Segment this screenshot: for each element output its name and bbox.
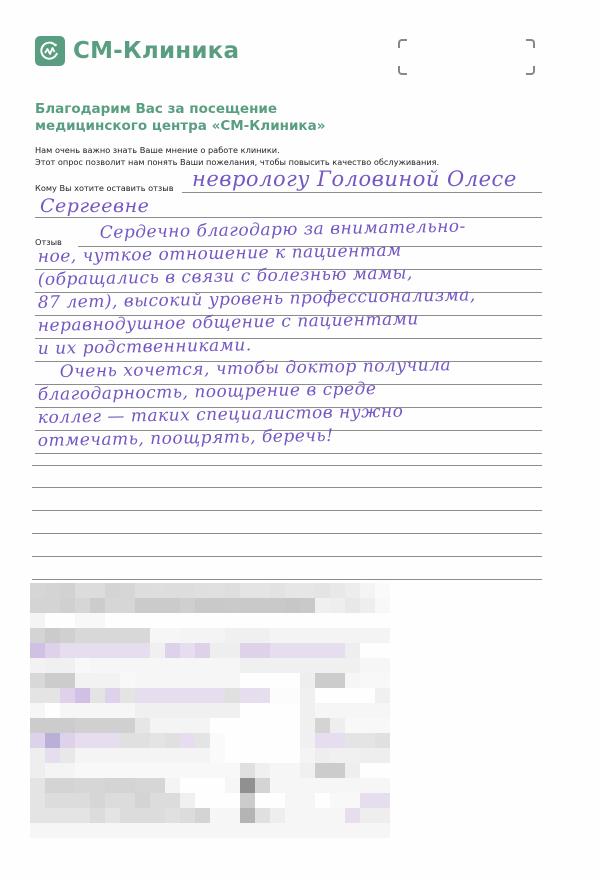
redaction-pixel (375, 583, 390, 598)
redaction-pixel (285, 658, 300, 673)
redaction-pixel (345, 718, 360, 733)
recipient-handwriting[interactable]: неврологу Головиной Олесе (192, 167, 517, 191)
redaction-pixel (195, 823, 210, 838)
redaction-pixel (90, 613, 105, 628)
redaction-pixel (60, 598, 75, 613)
redaction-pixel (225, 673, 240, 688)
redaction-pixel (60, 823, 75, 838)
redaction-pixel (375, 733, 390, 748)
redaction-pixel (45, 748, 60, 763)
redaction-pixel (45, 823, 60, 838)
redaction-pixel (150, 658, 165, 673)
redaction-pixel (180, 823, 195, 838)
redaction-pixel (30, 658, 45, 673)
redaction-pixel (195, 658, 210, 673)
redaction-pixel (285, 583, 300, 598)
redaction-pixel (60, 613, 75, 628)
redaction-pixel (255, 628, 270, 643)
redaction-pixel (345, 583, 360, 598)
redaction-pixel (300, 733, 315, 748)
redaction-pixel (150, 808, 165, 823)
redaction-pixel (300, 643, 315, 658)
redaction-pixel (375, 748, 390, 763)
redaction-pixel (360, 718, 375, 733)
redaction-pixel (270, 748, 285, 763)
redaction-pixel (30, 793, 45, 808)
redaction-pixel (180, 628, 195, 643)
redaction-pixel (375, 613, 390, 628)
empty-rule (32, 556, 542, 557)
empty-rule (32, 510, 542, 511)
redaction-pixel (135, 823, 150, 838)
redaction-pixel (30, 823, 45, 838)
redaction-pixel (285, 793, 300, 808)
redaction-pixel (195, 598, 210, 613)
redaction-pixel (105, 748, 120, 763)
redaction-pixel (30, 613, 45, 628)
redaction-pixel (120, 808, 135, 823)
redaction-pixel (300, 748, 315, 763)
redacted-personal-data (30, 583, 530, 823)
redaction-pixel (285, 613, 300, 628)
redaction-pixel (195, 733, 210, 748)
redaction-pixel (135, 658, 150, 673)
redaction-pixel (330, 718, 345, 733)
redaction-pixel (30, 643, 45, 658)
redaction-pixel (135, 613, 150, 628)
redaction-pixel (60, 628, 75, 643)
redaction-pixel (30, 733, 45, 748)
redaction-pixel (330, 778, 345, 793)
redaction-pixel (210, 718, 225, 733)
redaction-pixel (150, 673, 165, 688)
redaction-pixel (375, 628, 390, 643)
redaction-pixel (150, 718, 165, 733)
redaction-pixel (360, 613, 375, 628)
redaction-pixel (345, 643, 360, 658)
redaction-pixel (270, 778, 285, 793)
redaction-pixel (180, 763, 195, 778)
redaction-pixel (240, 718, 255, 733)
redaction-pixel (105, 583, 120, 598)
redaction-pixel (330, 763, 345, 778)
redaction-pixel (375, 718, 390, 733)
redaction-pixel (315, 613, 330, 628)
redaction-pixel (135, 763, 150, 778)
redaction-pixel (300, 673, 315, 688)
redaction-pixel (315, 748, 330, 763)
redaction-pixel (75, 748, 90, 763)
redaction-pixel (105, 733, 120, 748)
redaction-pixel (30, 673, 45, 688)
redaction-pixel (105, 778, 120, 793)
redaction-pixel (105, 658, 120, 673)
redaction-pixel (105, 793, 120, 808)
redaction-pixel (240, 583, 255, 598)
redaction-pixel (375, 793, 390, 808)
scan-frame-corner (526, 66, 535, 75)
review-handwriting-line: (обращались в связи с болезнью мамы, (38, 263, 413, 290)
redaction-pixel (75, 628, 90, 643)
empty-rule (32, 533, 542, 534)
redaction-pixel (240, 673, 255, 688)
redaction-pixel (105, 688, 120, 703)
redaction-pixel (45, 733, 60, 748)
redaction-pixel (315, 583, 330, 598)
redaction-pixel (60, 748, 75, 763)
redaction-pixel (60, 658, 75, 673)
redaction-pixel (330, 703, 345, 718)
redaction-pixel (180, 598, 195, 613)
redaction-pixel (360, 808, 375, 823)
redaction-pixel (300, 688, 315, 703)
redaction-pixel (195, 688, 210, 703)
redaction-pixel (210, 628, 225, 643)
redaction-pixel (255, 703, 270, 718)
redaction-pixel (240, 658, 255, 673)
redaction-pixel (45, 658, 60, 673)
redaction-pixel (195, 703, 210, 718)
redaction-pixel (240, 643, 255, 658)
redaction-pixel (315, 628, 330, 643)
redaction-pixel (345, 763, 360, 778)
redaction-pixel (255, 718, 270, 733)
redaction-pixel (255, 763, 270, 778)
redaction-pixel (375, 763, 390, 778)
redaction-pixel (315, 778, 330, 793)
redaction-pixel (30, 688, 45, 703)
redaction-pixel (105, 628, 120, 643)
review-handwriting-line: благодарность, поощрение в среде (38, 379, 377, 405)
field-rule (35, 217, 542, 218)
wave-in-circle-icon (35, 36, 65, 66)
redaction-pixel (330, 673, 345, 688)
redaction-pixel (285, 778, 300, 793)
redaction-pixel (210, 613, 225, 628)
redaction-pixel (375, 823, 390, 838)
redaction-pixel (345, 613, 360, 628)
redaction-pixel (60, 703, 75, 718)
field-rule (35, 453, 542, 454)
redaction-pixel (90, 778, 105, 793)
redaction-pixel (120, 583, 135, 598)
redaction-pixel (255, 778, 270, 793)
redaction-pixel (225, 763, 240, 778)
redaction-pixel (165, 673, 180, 688)
redaction-pixel (75, 703, 90, 718)
recipient-handwriting[interactable]: Сергеевне (40, 195, 149, 217)
redaction-pixel (300, 793, 315, 808)
redaction-pixel (240, 778, 255, 793)
redaction-pixel (285, 703, 300, 718)
redaction-pixel (300, 628, 315, 643)
redaction-pixel (210, 583, 225, 598)
redaction-pixel (45, 763, 60, 778)
redaction-pixel (330, 793, 345, 808)
redaction-pixel (45, 598, 60, 613)
redaction-pixel (315, 718, 330, 733)
redaction-pixel (210, 808, 225, 823)
redaction-pixel (225, 688, 240, 703)
redaction-pixel (240, 613, 255, 628)
redaction-pixel (180, 748, 195, 763)
redaction-pixel (375, 688, 390, 703)
redaction-pixel (255, 793, 270, 808)
redaction-pixel (225, 808, 240, 823)
review-handwriting-line: коллег — таких специалистов нужно (38, 402, 404, 428)
review-handwriting-line: ное, чуткое отношение к пациентам (38, 241, 402, 267)
clinic-logo: СМ-Клиника (35, 36, 239, 66)
redaction-pixel (150, 688, 165, 703)
field-rule (182, 192, 542, 193)
redaction-pixel (165, 613, 180, 628)
redaction-pixel (135, 778, 150, 793)
redaction-pixel (120, 763, 135, 778)
redaction-pixel (180, 583, 195, 598)
redaction-pixel (75, 778, 90, 793)
redaction-pixel (240, 763, 255, 778)
redaction-pixel (360, 643, 375, 658)
redaction-pixel (165, 643, 180, 658)
recipient-label: Кому Вы хотите оставить отзыв (35, 183, 174, 193)
redaction-pixel (300, 658, 315, 673)
redaction-pixel (210, 778, 225, 793)
redaction-pixel (330, 748, 345, 763)
review-handwriting-line: неравнодушное общение с пациентами (38, 309, 419, 336)
redaction-pixel (270, 628, 285, 643)
redaction-pixel (120, 673, 135, 688)
redaction-pixel (270, 613, 285, 628)
redaction-pixel (180, 733, 195, 748)
redaction-pixel (285, 718, 300, 733)
redaction-pixel (165, 703, 180, 718)
redaction-pixel (375, 643, 390, 658)
redaction-pixel (315, 703, 330, 718)
redaction-pixel (135, 583, 150, 598)
redaction-pixel (300, 823, 315, 838)
review-handwriting-line: Сердечно благодарю за внимательно- (100, 217, 466, 243)
redaction-pixel (150, 613, 165, 628)
redaction-pixel (210, 733, 225, 748)
redaction-pixel (345, 823, 360, 838)
redaction-pixel (315, 643, 330, 658)
redaction-pixel (240, 823, 255, 838)
redaction-pixel (300, 613, 315, 628)
redaction-pixel (375, 598, 390, 613)
redaction-pixel (165, 628, 180, 643)
redaction-pixel (315, 733, 330, 748)
redaction-pixel (75, 643, 90, 658)
heading-line: Благодарим Вас за посещение (35, 101, 325, 118)
redaction-pixel (270, 583, 285, 598)
redaction-pixel (150, 733, 165, 748)
redaction-pixel (105, 718, 120, 733)
redaction-pixel (345, 793, 360, 808)
redaction-pixel (195, 673, 210, 688)
redaction-pixel (120, 628, 135, 643)
redaction-pixel (270, 718, 285, 733)
redaction-pixel (120, 688, 135, 703)
redaction-pixel (195, 748, 210, 763)
redaction-pixel (105, 598, 120, 613)
review-label: Отзыв (35, 237, 62, 247)
redaction-pixel (60, 793, 75, 808)
redaction-pixel (165, 658, 180, 673)
redaction-pixel (75, 658, 90, 673)
redaction-pixel (90, 583, 105, 598)
redaction-pixel (165, 808, 180, 823)
redaction-pixel (225, 733, 240, 748)
redaction-pixel (150, 823, 165, 838)
redaction-pixel (240, 808, 255, 823)
redaction-pixel (60, 778, 75, 793)
redaction-pixel (345, 688, 360, 703)
redaction-pixel (180, 778, 195, 793)
redaction-pixel (30, 763, 45, 778)
redaction-pixel (30, 628, 45, 643)
redaction-pixel (345, 808, 360, 823)
redaction-pixel (360, 703, 375, 718)
redaction-pixel (285, 733, 300, 748)
redaction-pixel (345, 673, 360, 688)
redaction-pixel (105, 808, 120, 823)
redaction-pixel (240, 748, 255, 763)
redaction-pixel (300, 598, 315, 613)
redaction-pixel (180, 673, 195, 688)
redaction-pixel (240, 733, 255, 748)
redaction-pixel (270, 763, 285, 778)
redaction-pixel (270, 598, 285, 613)
redaction-pixel (135, 643, 150, 658)
redaction-pixel (225, 748, 240, 763)
redaction-pixel (30, 808, 45, 823)
redaction-pixel (135, 598, 150, 613)
redaction-pixel (210, 673, 225, 688)
scan-frame-corner (398, 39, 407, 48)
redaction-pixel (225, 583, 240, 598)
redaction-pixel (225, 793, 240, 808)
redaction-pixel (285, 673, 300, 688)
redaction-pixel (360, 778, 375, 793)
form-heading: Благодарим Вас за посещение медицинского… (35, 101, 325, 135)
redaction-pixel (135, 688, 150, 703)
redaction-pixel (60, 583, 75, 598)
redaction-pixel (255, 673, 270, 688)
redaction-pixel (255, 658, 270, 673)
redaction-pixel (30, 598, 45, 613)
redaction-pixel (270, 703, 285, 718)
redaction-pixel (30, 703, 45, 718)
heading-line: медицинского центра «СМ-Клиника» (35, 118, 325, 135)
empty-rule (32, 465, 542, 466)
redaction-pixel (225, 628, 240, 643)
redaction-pixel (195, 628, 210, 643)
redaction-pixel (330, 733, 345, 748)
redaction-pixel (195, 643, 210, 658)
redaction-pixel (135, 703, 150, 718)
redaction-pixel (300, 778, 315, 793)
intro-line: Нам очень важно знать Ваше мнение о рабо… (35, 145, 439, 157)
scan-frame-corner (526, 39, 535, 48)
redaction-pixel (330, 613, 345, 628)
redaction-pixel (360, 823, 375, 838)
redaction-pixel (135, 673, 150, 688)
redaction-pixel (225, 718, 240, 733)
redaction-pixel (285, 598, 300, 613)
redaction-pixel (105, 673, 120, 688)
redaction-pixel (345, 703, 360, 718)
redaction-pixel (120, 823, 135, 838)
redaction-pixel (255, 823, 270, 838)
redaction-pixel (75, 763, 90, 778)
clinic-name: СМ-Клиника (73, 38, 239, 64)
redaction-pixel (150, 643, 165, 658)
redaction-pixel (330, 598, 345, 613)
redaction-pixel (75, 808, 90, 823)
redaction-pixel (45, 718, 60, 733)
redaction-pixel (375, 808, 390, 823)
redaction-pixel (180, 718, 195, 733)
redaction-pixel (375, 658, 390, 673)
redaction-pixel (75, 673, 90, 688)
redaction-pixel (30, 718, 45, 733)
redaction-pixel (150, 748, 165, 763)
redaction-pixel (315, 808, 330, 823)
redaction-pixel (195, 763, 210, 778)
redaction-pixel (225, 703, 240, 718)
redaction-pixel (240, 703, 255, 718)
redaction-pixel (165, 778, 180, 793)
redaction-pixel (285, 808, 300, 823)
empty-rule (32, 487, 542, 488)
redaction-pixel (330, 658, 345, 673)
redaction-pixel (30, 778, 45, 793)
redaction-pixel (75, 718, 90, 733)
redaction-pixel (225, 643, 240, 658)
redaction-pixel (165, 748, 180, 763)
redaction-pixel (360, 598, 375, 613)
redaction-pixel (45, 793, 60, 808)
redaction-pixel (60, 688, 75, 703)
redaction-pixel (270, 793, 285, 808)
redaction-pixel (90, 733, 105, 748)
redaction-pixel (285, 628, 300, 643)
redaction-pixel (135, 748, 150, 763)
redaction-pixel (150, 628, 165, 643)
redaction-pixel (360, 763, 375, 778)
redaction-pixel (75, 733, 90, 748)
redaction-pixel (165, 763, 180, 778)
redaction-pixel (165, 583, 180, 598)
redaction-pixel (210, 658, 225, 673)
redaction-pixel (75, 583, 90, 598)
redaction-pixel (285, 643, 300, 658)
redaction-pixel (285, 688, 300, 703)
redaction-pixel (225, 613, 240, 628)
redaction-pixel (255, 748, 270, 763)
redaction-pixel (165, 793, 180, 808)
redaction-pixel (210, 598, 225, 613)
redaction-pixel (255, 733, 270, 748)
redaction-pixel (315, 823, 330, 838)
redaction-pixel (195, 613, 210, 628)
redaction-pixel (120, 748, 135, 763)
redaction-pixel (45, 808, 60, 823)
redaction-pixel (90, 793, 105, 808)
redaction-pixel (330, 823, 345, 838)
redaction-pixel (90, 763, 105, 778)
redaction-pixel (240, 598, 255, 613)
